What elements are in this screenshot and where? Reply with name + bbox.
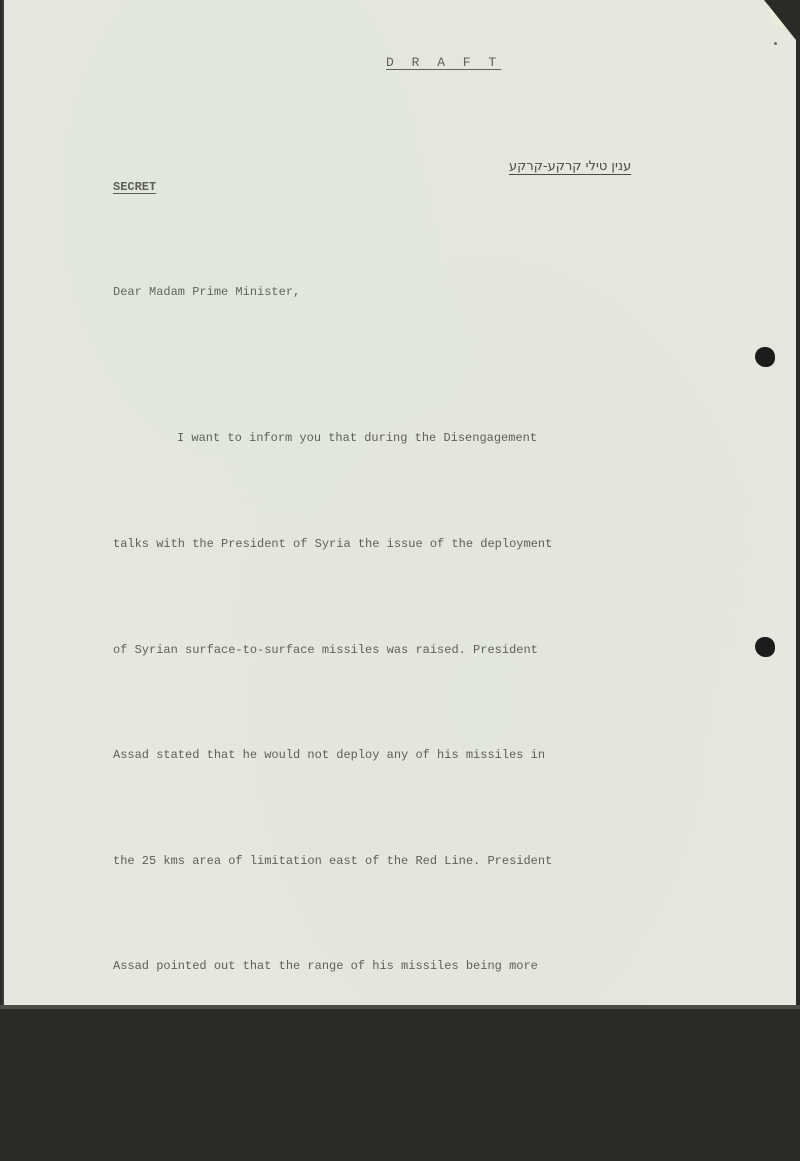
hebrew-subject-line: ענין טילי קרקע-קרקע bbox=[509, 159, 631, 174]
document-page: D R A F T ענין טילי קרקע-קרקע SECRET Dea… bbox=[2, 0, 798, 1005]
body-line: talks with the President of Syria the is… bbox=[113, 527, 567, 562]
body-line: of Syrian surface-to-surface missiles wa… bbox=[113, 633, 567, 668]
draft-heading: D R A F T bbox=[386, 55, 501, 70]
letter-body: I want to inform you that during the Dis… bbox=[113, 351, 567, 1009]
body-line: the 25 kms area of limitation east of th… bbox=[113, 844, 567, 879]
body-line: Assad stated that he would not deploy an… bbox=[113, 738, 567, 773]
scan-bottom-edge bbox=[0, 1005, 800, 1009]
classification-label: SECRET bbox=[113, 180, 156, 194]
body-line: Assad pointed out that the range of his … bbox=[113, 949, 567, 984]
body-line: I want to inform you that during the Dis… bbox=[113, 421, 567, 456]
punch-hole-icon bbox=[755, 637, 775, 657]
salutation: Dear Madam Prime Minister, bbox=[113, 285, 300, 299]
punch-hole-icon bbox=[755, 347, 775, 367]
folded-corner bbox=[766, 0, 796, 36]
corner-mark bbox=[774, 42, 777, 45]
